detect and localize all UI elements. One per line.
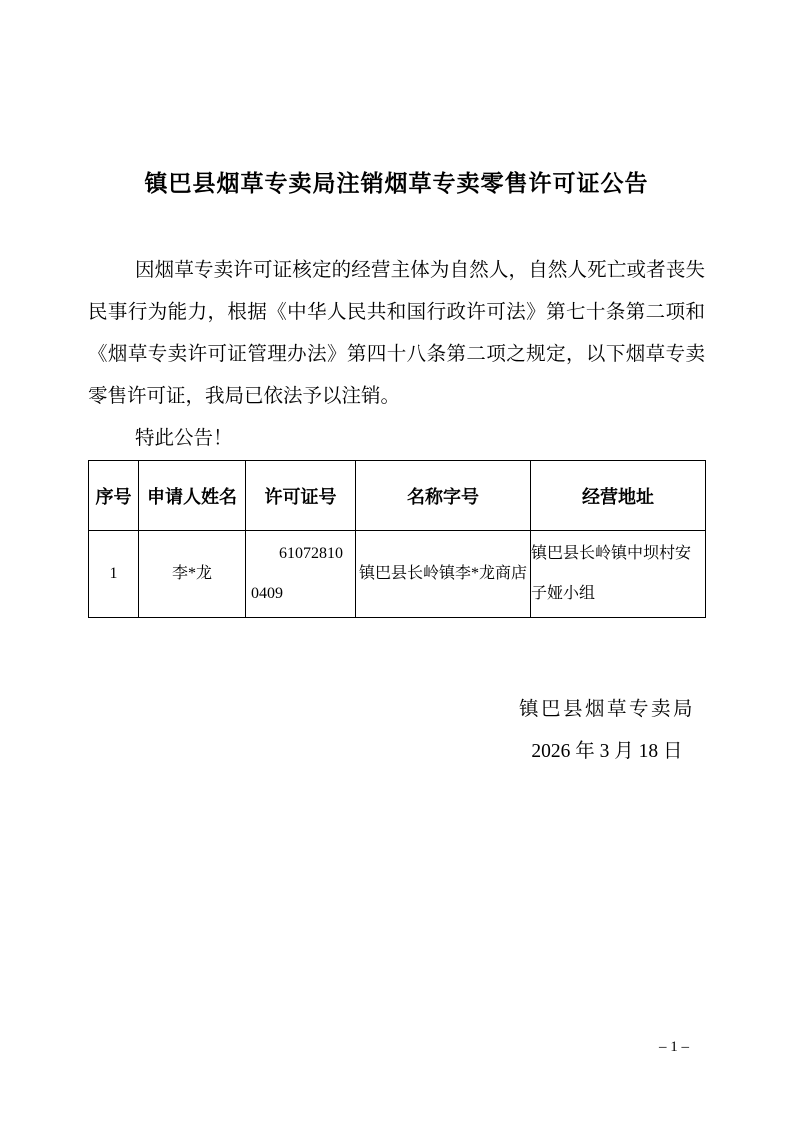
license-no-line1: 61072810 bbox=[246, 534, 355, 574]
body-paragraph-notice: 特此公告！ bbox=[88, 418, 705, 460]
cell-shop-name: 镇巴县长岭镇李*龙商店 bbox=[356, 531, 531, 618]
page-number: – 1 – bbox=[659, 1038, 689, 1056]
table-header-index: 序号 bbox=[89, 461, 139, 531]
cell-license-no: 61072810 0409 bbox=[246, 531, 356, 618]
license-table: 序号 申请人姓名 许可证号 名称字号 经营地址 1 李*龙 61072810 0… bbox=[88, 460, 706, 618]
issue-date: 2026 年 3 月 18 日 bbox=[519, 731, 695, 773]
table-header-business-address: 经营地址 bbox=[531, 461, 706, 531]
signature-block: 镇巴县烟草专卖局 2026 年 3 月 18 日 bbox=[88, 689, 705, 773]
cell-applicant-name: 李*龙 bbox=[139, 531, 246, 618]
license-no-line2: 0409 bbox=[246, 574, 355, 614]
table-header-applicant-name: 申请人姓名 bbox=[139, 461, 246, 531]
signature-inner: 镇巴县烟草专卖局 2026 年 3 月 18 日 bbox=[519, 689, 695, 773]
cell-index: 1 bbox=[89, 531, 139, 618]
cell-business-address: 镇巴县长岭镇中坝村安子娅小组 bbox=[531, 531, 706, 618]
issuer-signature: 镇巴县烟草专卖局 bbox=[519, 689, 695, 731]
document-body: 因烟草专卖许可证核定的经营主体为自然人，自然人死亡或者丧失民事行为能力，根据《中… bbox=[88, 250, 705, 460]
table-row: 1 李*龙 61072810 0409 镇巴县长岭镇李*龙商店 镇巴县长岭镇中坝… bbox=[89, 531, 706, 618]
document-title: 镇巴县烟草专卖局注销烟草专卖零售许可证公告 bbox=[0, 166, 793, 200]
table-header-row: 序号 申请人姓名 许可证号 名称字号 经营地址 bbox=[89, 461, 706, 531]
table-header-shop-name: 名称字号 bbox=[356, 461, 531, 531]
table-header-license-no: 许可证号 bbox=[246, 461, 356, 531]
document-page: 镇巴县烟草专卖局注销烟草专卖零售许可证公告 因烟草专卖许可证核定的经营主体为自然… bbox=[0, 0, 793, 1122]
body-paragraph-main: 因烟草专卖许可证核定的经营主体为自然人，自然人死亡或者丧失民事行为能力，根据《中… bbox=[88, 250, 705, 418]
